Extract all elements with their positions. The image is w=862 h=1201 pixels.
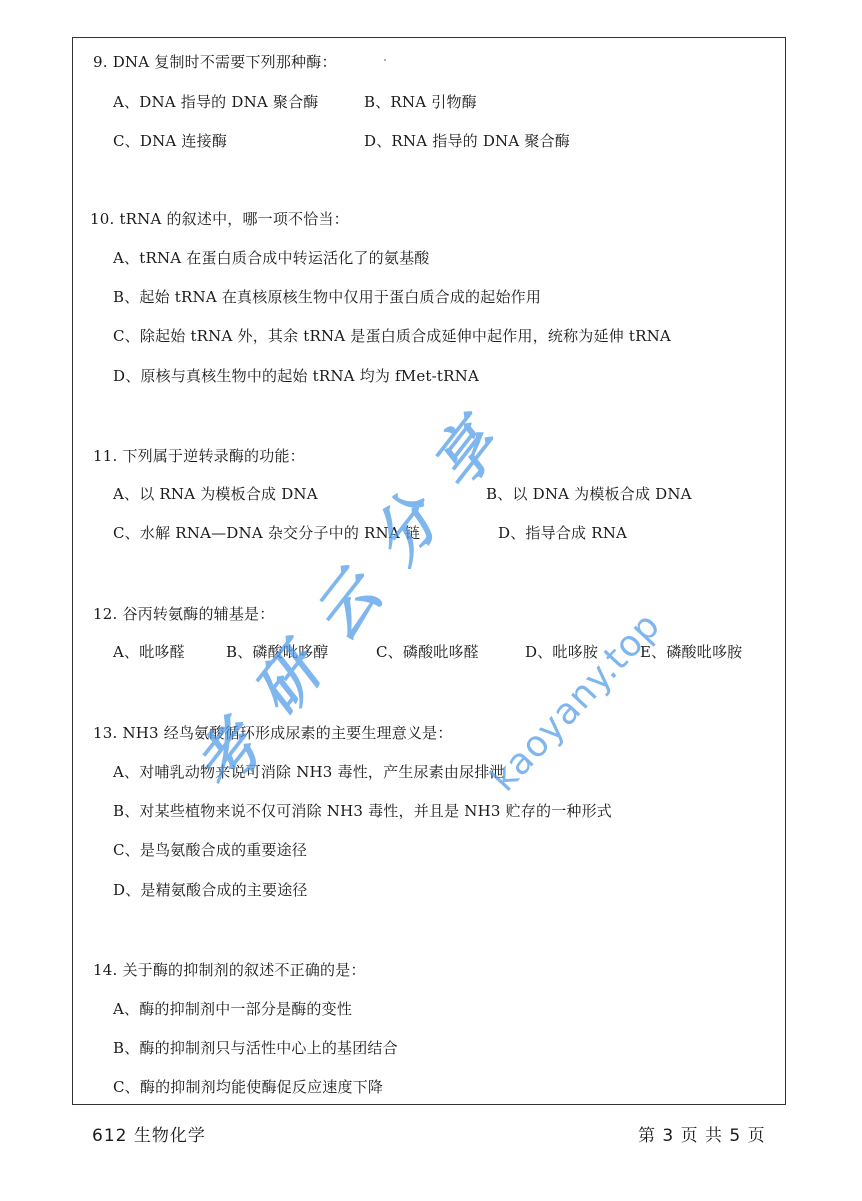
question-stem: 关于酶的抑制剂的叙述不正确的是： [122, 961, 365, 979]
option-13c: C、是鸟氨酸合成的重要途径 [113, 840, 307, 860]
option-12d: D、吡哆胺 [525, 642, 598, 662]
option-12c: C、磷酸吡哆醛 [376, 642, 479, 662]
footer-course: 612 生物化学 [92, 1121, 206, 1146]
question-number: 12. [93, 605, 117, 623]
option-12b: B、磷酸吡哆醇 [226, 642, 328, 662]
option-9d: D、RNA 指导的 DNA 聚合酶 [364, 131, 570, 151]
option-10d: D、原核与真核生物中的起始 tRNA 均为 fMet-tRNA [113, 366, 479, 386]
question-stem: 谷丙转氨酶的辅基是： [122, 605, 274, 623]
option-13b: B、对某些植物来说不仅可消除 NH3 毒性，并且是 NH3 贮存的一种形式 [113, 801, 612, 821]
option-13a: A、对哺乳动物来说可消除 NH3 毒性，产生尿素由尿排泄 [113, 762, 505, 782]
question-12: 12. 谷丙转氨酶的辅基是： [93, 604, 274, 624]
question-number: 9. [93, 53, 108, 71]
option-12a: A、吡哆醛 [113, 642, 185, 662]
scan-speck [384, 59, 386, 61]
option-9a: A、DNA 指导的 DNA 聚合酶 [113, 92, 319, 112]
option-11d: D、指导合成 RNA [498, 523, 627, 543]
option-10a: A、tRNA 在蛋白质合成中转运活化了的氨基酸 [113, 248, 429, 268]
option-11b: B、以 DNA 为模板合成 DNA [486, 484, 692, 504]
question-stem: 下列属于逆转录酶的功能： [122, 447, 304, 465]
option-9c: C、DNA 连接酶 [113, 131, 227, 151]
question-number: 14. [93, 961, 117, 979]
option-9b: B、RNA 引物酶 [364, 92, 477, 112]
option-10c: C、除起始 tRNA 外，其余 tRNA 是蛋白质合成延伸中起作用，统称为延伸 … [113, 326, 671, 346]
question-stem: NH3 经鸟氨酸循环形成尿素的主要生理意义是： [122, 724, 452, 742]
question-14: 14. 关于酶的抑制剂的叙述不正确的是： [93, 960, 366, 980]
question-number: 13. [93, 724, 117, 742]
question-number: 11. [93, 447, 117, 465]
question-9: 9. DNA 复制时不需要下列那种酶： [93, 52, 337, 72]
option-10b: B、起始 tRNA 在真核原核生物中仅用于蛋白质合成的起始作用 [113, 287, 541, 307]
question-13: 13. NH3 经鸟氨酸循环形成尿素的主要生理意义是： [93, 723, 453, 743]
question-stem: tRNA 的叙述中，哪一项不恰当： [119, 210, 348, 228]
option-11a: A、以 RNA 为模板合成 DNA [113, 484, 318, 504]
question-number: 10. [90, 210, 114, 228]
option-14b: B、酶的抑制剂只与活性中心上的基团结合 [113, 1038, 398, 1058]
footer-page-info: 第 3 页 共 5 页 [638, 1121, 766, 1146]
option-12e: E、磷酸吡哆胺 [640, 642, 742, 662]
option-14c: C、酶的抑制剂均能使酶促反应速度下降 [113, 1077, 383, 1097]
question-11: 11. 下列属于逆转录酶的功能： [93, 446, 305, 466]
option-13d: D、是精氨酸合成的主要途径 [113, 880, 308, 900]
option-14a: A、酶的抑制剂中一部分是酶的变性 [113, 999, 352, 1019]
option-11c: C、水解 RNA—DNA 杂交分子中的 RNA 链 [113, 523, 420, 543]
question-10: 10. tRNA 的叙述中，哪一项不恰当： [90, 209, 349, 229]
question-stem: DNA 复制时不需要下列那种酶： [113, 53, 337, 71]
page-border [72, 37, 786, 1105]
